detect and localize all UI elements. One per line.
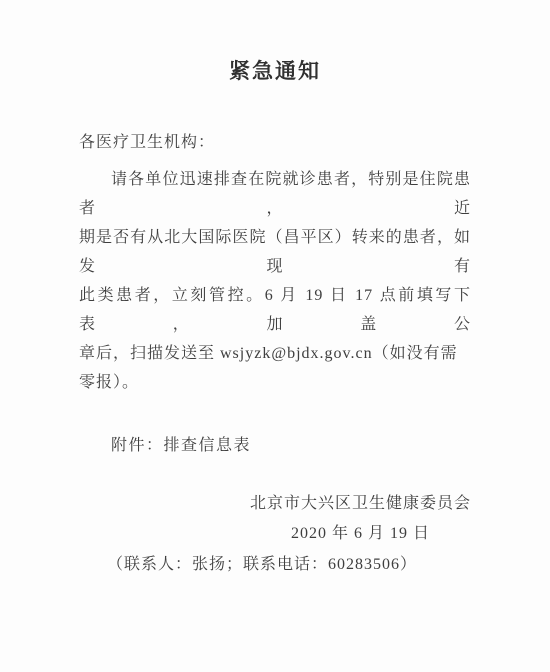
issue-date: 2020 年 6 月 19 日 [250, 523, 471, 545]
notice-title: 紧急通知 [79, 56, 471, 86]
notice-document-page: 紧急通知 各医疗卫生机构： 请各单位迅速排查在院就诊患者，特别是住院患者，近 期… [0, 0, 550, 672]
body-line-1: 请各单位迅速排查在院就诊患者，特别是住院患者，近 [79, 165, 471, 223]
body-line-3: 此类患者，立刻管控。6 月 19 日 17 点前填写下表，加盖公 [79, 281, 471, 339]
body-line-2: 期是否有从北大国际医院（昌平区）转来的患者，如发现有 [79, 223, 471, 281]
signature-inner: 北京市大兴区卫生健康委员会 2020 年 6 月 19 日 [250, 493, 471, 545]
attachment-line: 附件：排查信息表 [79, 435, 471, 457]
body-paragraph: 请各单位迅速排查在院就诊患者，特别是住院患者，近 期是否有从北大国际医院（昌平区… [79, 165, 471, 397]
signature-block: 北京市大兴区卫生健康委员会 2020 年 6 月 19 日 [79, 493, 471, 545]
salutation: 各医疗卫生机构： [79, 132, 471, 154]
issuer-name: 北京市大兴区卫生健康委员会 [250, 493, 471, 515]
contact-line: （联系人：张扬；联系电话：60283506） [79, 554, 471, 576]
body-line-4-with-email: 章后，扫描发送至 wsjyzk@bjdx.gov.cn（如没有需零报）。 [79, 339, 471, 397]
